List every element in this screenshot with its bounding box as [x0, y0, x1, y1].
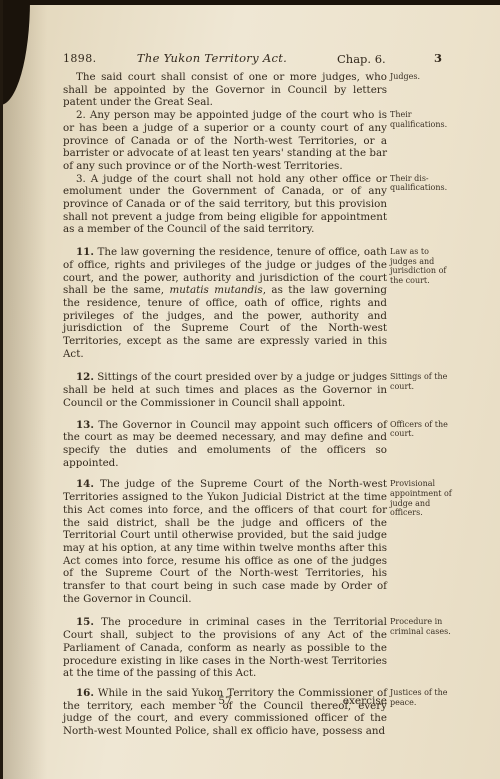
margin-note: Sittings of the court.: [390, 372, 458, 391]
section-body: The procedure in criminal cases in the T…: [63, 616, 387, 679]
header-year: 1898.: [63, 52, 97, 65]
statute-section: 11. The law governing the residence, ten…: [63, 246, 387, 360]
scanned-book-page: The Yukon Territory Act. 1898. Chap. 6. …: [0, 0, 500, 779]
statute-section: 14. The judge of the Supreme Court of th…: [63, 478, 387, 605]
section-body: Any person may be appointed judge of the…: [63, 109, 387, 172]
section-text: The said court shall consist of one or m…: [63, 71, 387, 109]
footer-page-number: 57: [63, 695, 387, 707]
margin-note: Law as to judges and jurisdiction of the…: [390, 247, 458, 285]
section-text: 14. The judge of the Supreme Court of th…: [63, 478, 387, 605]
section-text: 2. Any person may be appointed judge of …: [63, 109, 387, 173]
text-column: The said court shall consist of one or m…: [63, 71, 387, 738]
margin-note: Justices of the peace.: [390, 688, 458, 707]
margin-note: Officers of the court.: [390, 420, 458, 439]
statute-section: 15. The procedure in criminal cases in t…: [63, 616, 387, 680]
section-text: 11. The law governing the residence, ten…: [63, 246, 387, 360]
margin-note: Provisional appointment of judge and off…: [390, 479, 458, 517]
section-number: 12.: [76, 371, 94, 383]
margin-note: Their dis-qualifications.: [390, 174, 458, 193]
section-body: Sittings of the court presided over by a…: [63, 371, 387, 408]
section-text: 12. Sittings of the court presided over …: [63, 371, 387, 409]
latin-phrase: mutatis mutandis: [164, 284, 263, 296]
page-footer: 57 exercise: [63, 695, 387, 707]
section-number: 13.: [76, 419, 94, 431]
margin-note: Procedure in criminal cases.: [390, 617, 458, 636]
section-number: 3.: [76, 173, 86, 185]
section-body: The Governor in Council may appoint such…: [63, 419, 387, 469]
margin-note: Judges.: [390, 72, 458, 82]
statute-section: 2. Any person may be appointed judge of …: [63, 109, 387, 173]
section-text: 13. The Governor in Council may appoint …: [63, 419, 387, 470]
header-chapter: Chap. 6.: [337, 52, 386, 66]
left-edge-shadow: [0, 0, 3, 779]
statute-section: 13. The Governor in Council may appoint …: [63, 419, 387, 470]
margin-note: Their qualifications.: [390, 110, 458, 129]
section-body: The said court shall consist of one or m…: [63, 71, 387, 108]
gutter-shadow: [3, 0, 47, 779]
top-edge-shadow: [0, 0, 500, 5]
section-number: 2.: [76, 109, 86, 121]
section-number: 14.: [76, 478, 94, 490]
section-number: 15.: [76, 616, 94, 628]
section-text: 15. The procedure in criminal cases in t…: [63, 616, 387, 680]
statute-section: 3. A judge of the court shall not hold a…: [63, 173, 387, 237]
section-text: 3. A judge of the court shall not hold a…: [63, 173, 387, 237]
section-number: 11.: [76, 246, 94, 258]
header-page-number: 3: [434, 51, 442, 65]
statute-section: The said court shall consist of one or m…: [63, 71, 387, 109]
section-body: The judge of the Supreme Court of the No…: [63, 478, 387, 604]
section-body: A judge of the court shall not hold any …: [63, 173, 387, 236]
statute-section: 12. Sittings of the court presided over …: [63, 371, 387, 409]
catchword: exercise: [343, 695, 387, 707]
